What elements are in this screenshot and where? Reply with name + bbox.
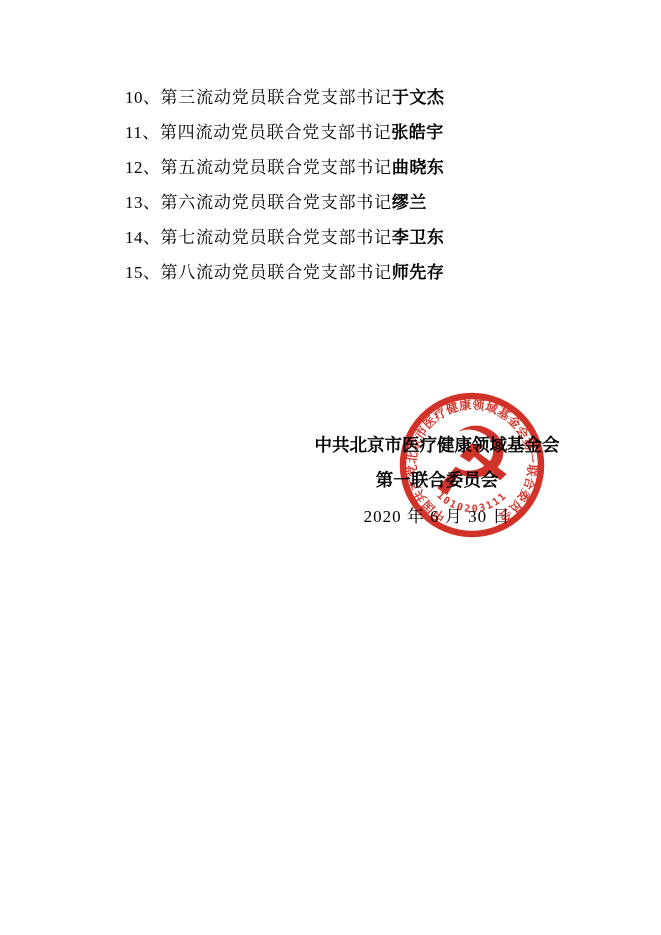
item-number: 15、 [125, 263, 161, 282]
list-item: 14、第七流动党员联合党支部书记李卫东 [125, 220, 444, 255]
list-item: 13、第六流动党员联合党支部书记缪兰 [125, 185, 444, 220]
secretary-roster-list: 10、第三流动党员联合党支部书记于文杰 11、第四流动党员联合党支部书记张皓宇 … [125, 80, 444, 290]
item-number: 14、 [125, 228, 161, 247]
list-item: 12、第五流动党员联合党支部书记曲晓东 [125, 150, 444, 185]
item-name: 缪兰 [392, 193, 427, 213]
item-number: 10、 [125, 88, 161, 107]
item-number: 13、 [125, 193, 161, 212]
list-item: 11、第四流动党员联合党支部书记张皓宇 [125, 115, 444, 150]
list-item: 10、第三流动党员联合党支部书记于文杰 [125, 80, 444, 115]
signature-org-line2: 第一联合委员会 [313, 464, 561, 499]
item-label: 第六流动党员联合党支部书记 [161, 193, 392, 212]
signature-org-line1: 中共北京市医疗健康领域基金会 [313, 429, 561, 464]
item-label: 第四流动党员联合党支部书记 [160, 123, 391, 142]
item-name: 于文杰 [392, 88, 445, 108]
document-page: 10、第三流动党员联合党支部书记于文杰 11、第四流动党员联合党支部书记张皓宇 … [0, 0, 661, 935]
item-number: 11、 [125, 123, 160, 142]
signature-block: 中共北京市医疗健康领域基金会 第一联合委员会 2020 年 6 月 30 日 [313, 429, 561, 534]
item-label: 第七流动党员联合党支部书记 [161, 228, 392, 247]
item-name: 曲晓东 [392, 158, 445, 178]
item-name: 李卫东 [392, 228, 445, 248]
item-label: 第五流动党员联合党支部书记 [161, 158, 392, 177]
item-name: 张皓宇 [391, 123, 444, 143]
item-number: 12、 [125, 158, 161, 177]
item-name: 师先存 [392, 263, 445, 283]
item-label: 第三流动党员联合党支部书记 [161, 88, 392, 107]
item-label: 第八流动党员联合党支部书记 [161, 263, 392, 282]
list-item: 15、第八流动党员联合党支部书记师先存 [125, 255, 444, 290]
signature-date: 2020 年 6 月 30 日 [313, 499, 561, 534]
